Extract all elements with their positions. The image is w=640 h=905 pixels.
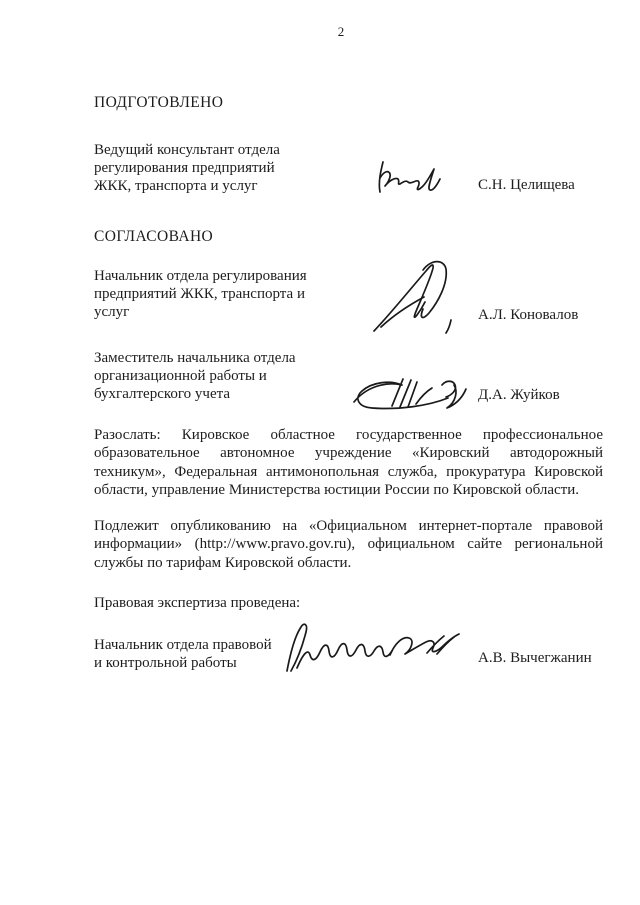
signer-name-3: Д.А. Жуйков bbox=[478, 387, 560, 404]
signer-title-3: Заместитель начальника отдела организаци… bbox=[94, 349, 354, 403]
signer-title-line: регулирования предприятий bbox=[94, 159, 354, 177]
distribution-paragraph: Разослать: Кировское областное государст… bbox=[94, 426, 603, 499]
signature-tselishcheva bbox=[372, 159, 444, 203]
heading-prepared: ПОДГОТОВЛЕНО bbox=[94, 94, 223, 112]
paragraph-line: информации» (http://www.pravo.gov.ru), о… bbox=[94, 535, 603, 553]
signer-name-2: А.Л. Коновалов bbox=[478, 307, 578, 324]
signer-title-line: бухгалтерского учета bbox=[94, 385, 354, 403]
signer-title-line: предприятий ЖКК, транспорта и bbox=[94, 285, 354, 303]
signature-vychegzhanin bbox=[281, 621, 463, 675]
paragraph-line: Разослать: Кировское областное государст… bbox=[94, 426, 603, 444]
signer-name-4: А.В. Вычегжанин bbox=[478, 650, 592, 667]
signer-title-2: Начальник отдела регулирования предприят… bbox=[94, 267, 354, 321]
signer-title-line: Заместитель начальника отдела bbox=[94, 349, 354, 367]
signer-title-line: услуг bbox=[94, 303, 354, 321]
signer-name-1: С.Н. Целищева bbox=[478, 177, 575, 194]
signer-title-line: Ведущий консультант отдела bbox=[94, 141, 354, 159]
heading-agreed: СОГЛАСОВАНО bbox=[94, 228, 213, 246]
paragraph-line: службы по тарифам Кировской области. bbox=[94, 554, 603, 572]
document-page: 2 ПОДГОТОВЛЕНО Ведущий консультант отдел… bbox=[0, 0, 640, 905]
signature-zhuikov bbox=[350, 373, 468, 419]
signature-konovalov bbox=[368, 257, 460, 339]
signer-title-line: ЖКК, транспорта и услуг bbox=[94, 177, 354, 195]
signer-title-1: Ведущий консультант отдела регулирования… bbox=[94, 141, 354, 195]
legal-review-note: Правовая экспертиза проведена: bbox=[94, 594, 300, 612]
paragraph-line: Подлежит опубликованию на «Официальном и… bbox=[94, 517, 603, 535]
signer-title-line: Начальник отдела регулирования bbox=[94, 267, 354, 285]
paragraph-line: техникум», Федеральная антимонопольная с… bbox=[94, 463, 603, 481]
page-number: 2 bbox=[0, 24, 640, 40]
paragraph-line: образовательное автономное учреждение «К… bbox=[94, 444, 603, 462]
signer-title-line: организационной работы и bbox=[94, 367, 354, 385]
publication-paragraph: Подлежит опубликованию на «Официальном и… bbox=[94, 517, 603, 572]
paragraph-line: области, управление Министерства юстиции… bbox=[94, 481, 603, 499]
